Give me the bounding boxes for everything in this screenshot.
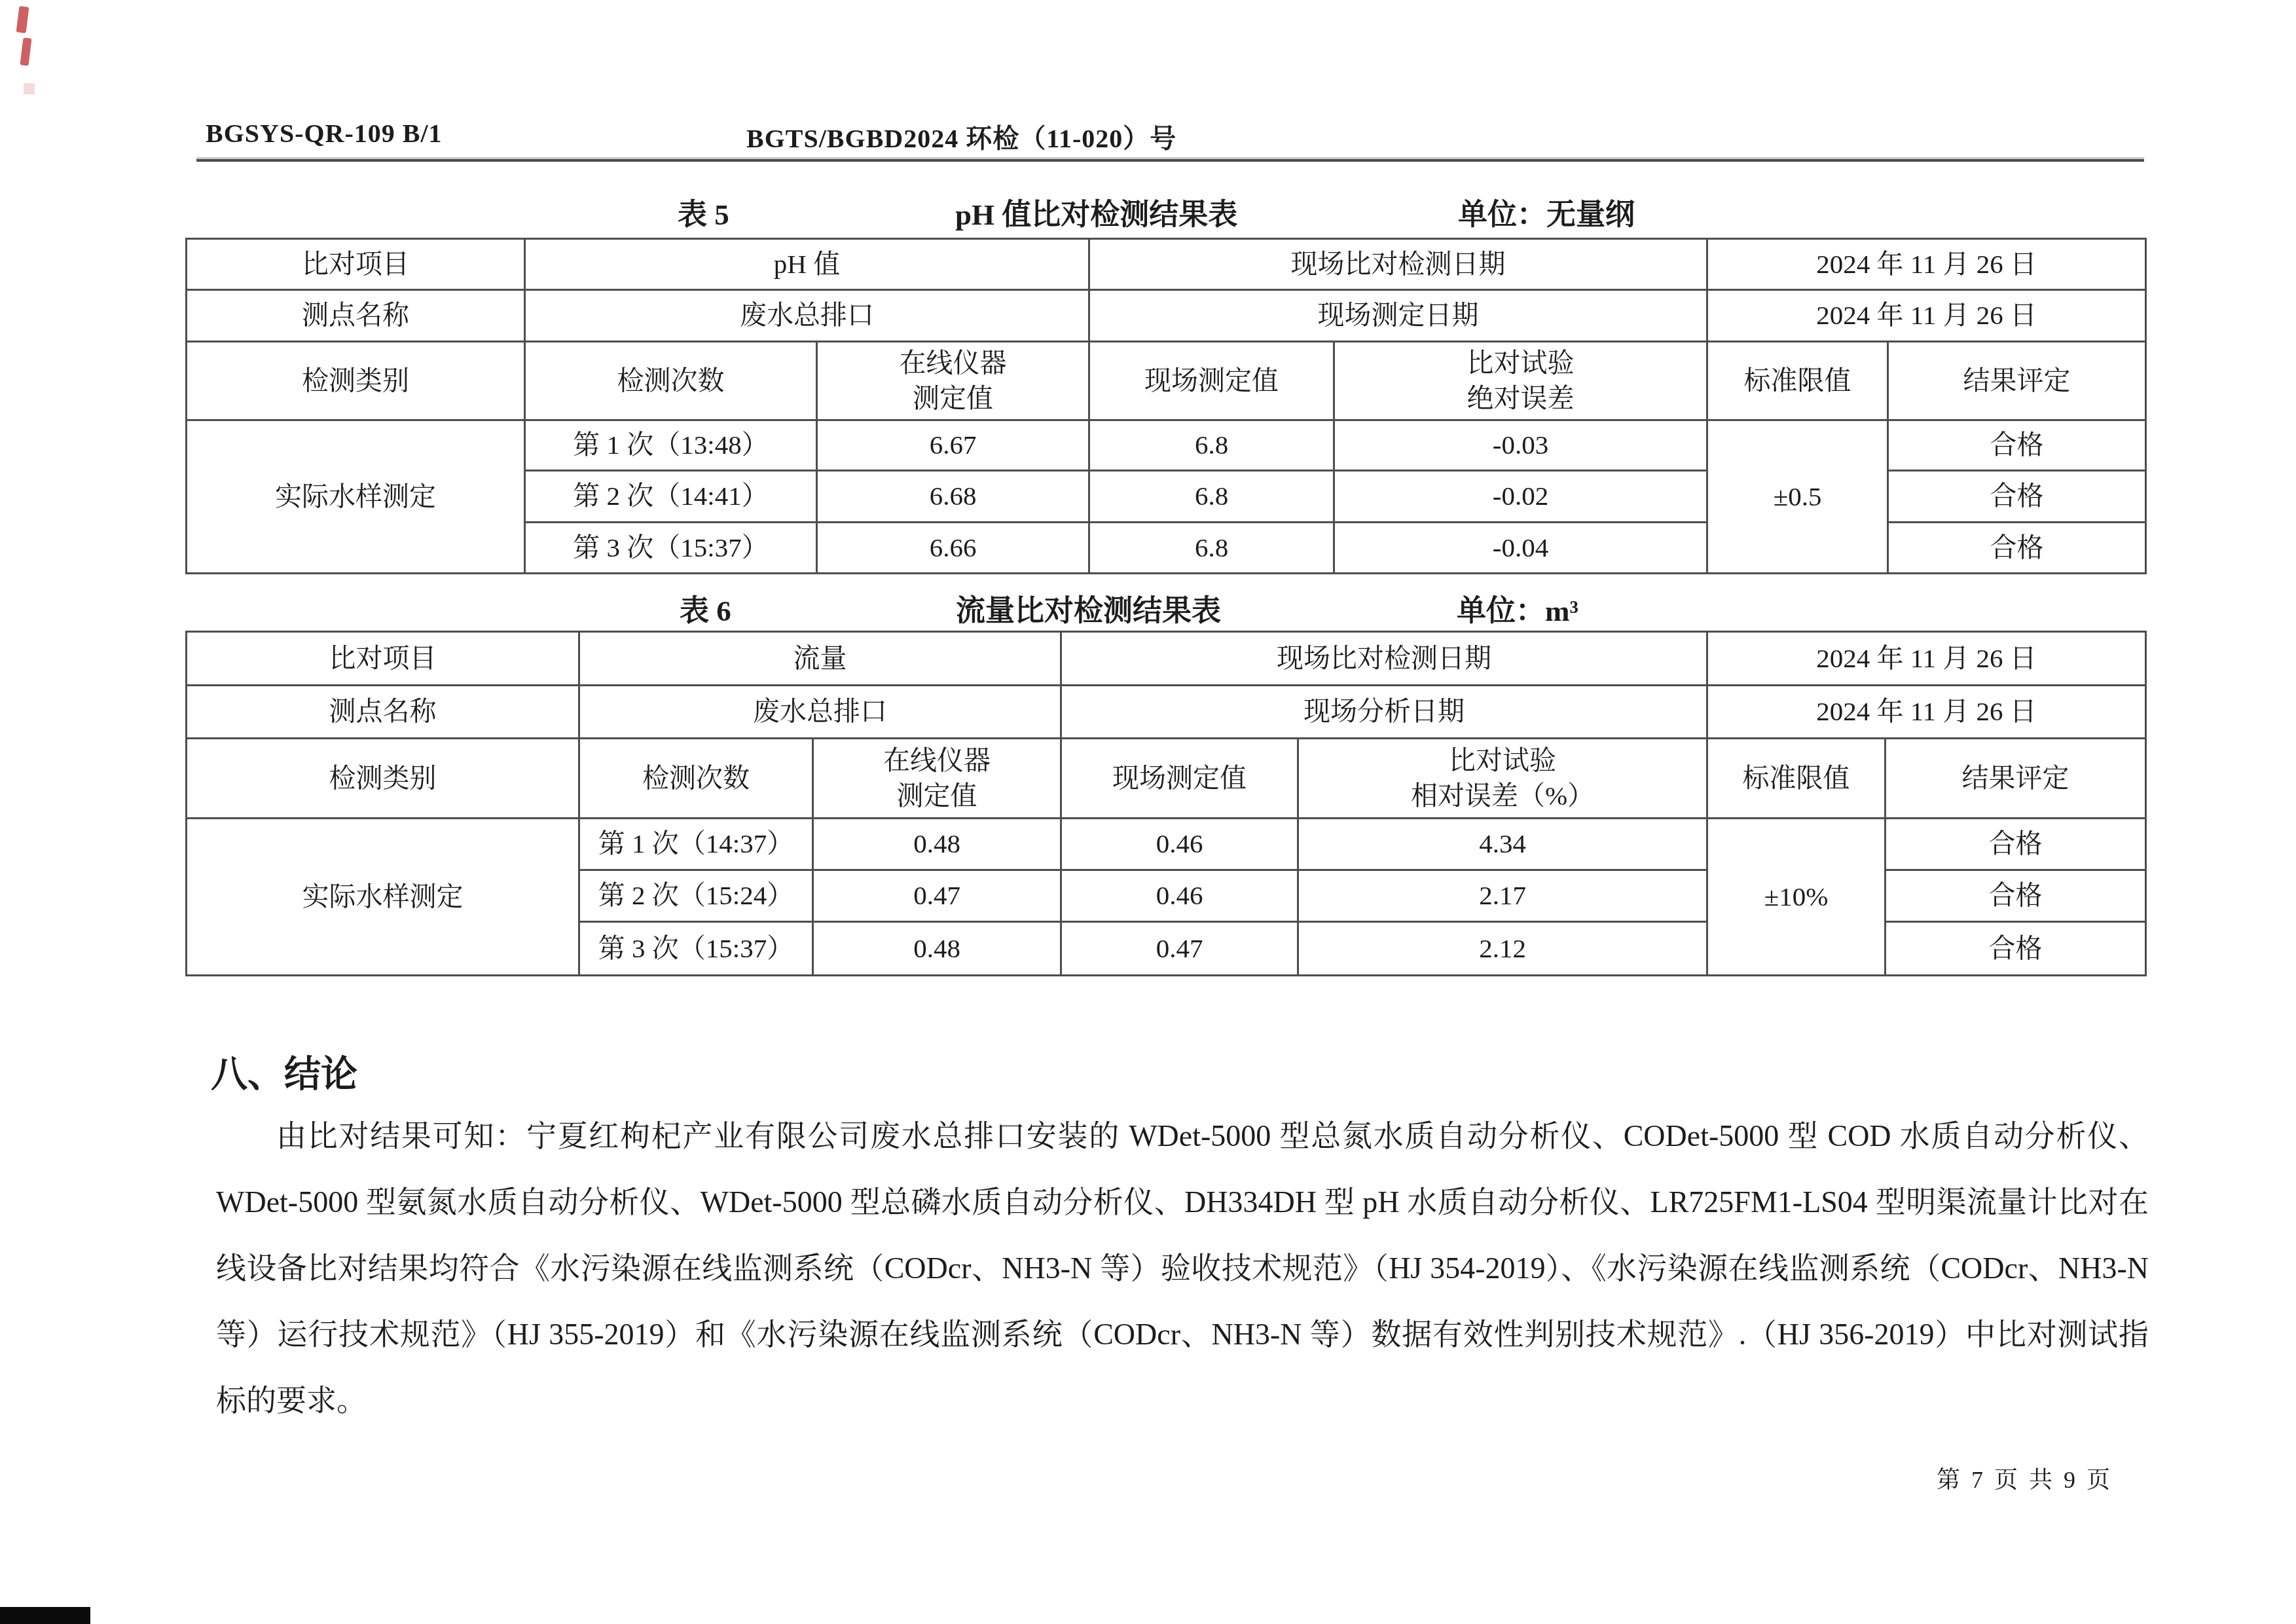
document-code: BGSYS-QR-109 B/1 <box>206 118 443 149</box>
page-number: 第 7 页 共 9 页 <box>1937 1462 2113 1495</box>
t6-date1-value: 2024 年 11 月 26 日 <box>1707 632 2146 686</box>
t6-header-site: 现场测定值 <box>1061 739 1298 819</box>
t6-header-online-line1: 在线仪器 <box>814 743 1060 778</box>
t6-r1-online: 0.48 <box>813 819 1061 870</box>
t6-header-error: 比对试验 相对误差（%） <box>1298 739 1707 819</box>
t5-r3-times: 第 3 次（15:37） <box>525 523 817 574</box>
t6-item-value: 流量 <box>579 632 1061 686</box>
t6-header-times: 检测次数 <box>579 739 813 819</box>
t6-date1-label: 现场比对检测日期 <box>1061 632 1707 686</box>
t6-limit: ±10% <box>1707 819 1886 976</box>
t5-limit: ±0.5 <box>1707 420 1888 574</box>
t6-header-error-line1: 比对试验 <box>1299 743 1706 778</box>
table-row: 测点名称 废水总排口 现场分析日期 2024 年 11 月 26 日 <box>187 686 2146 739</box>
t5-r2-result: 合格 <box>1888 471 2146 523</box>
table-row: 实际水样测定 第 1 次（14:37） 0.48 0.46 4.34 ±10% … <box>187 819 2146 870</box>
t6-r3-times: 第 3 次（15:37） <box>579 922 813 976</box>
t6-point-label: 测点名称 <box>187 686 579 739</box>
t6-date2-value: 2024 年 11 月 26 日 <box>1707 686 2146 739</box>
t5-header-online-line1: 在线仪器 <box>818 346 1088 380</box>
t5-header-online: 在线仪器 测定值 <box>817 342 1089 420</box>
t5-point-label: 测点名称 <box>187 290 525 342</box>
t6-item-label: 比对项目 <box>187 632 579 686</box>
table5-caption-title: pH 值比对检测结果表 <box>955 191 1237 233</box>
t5-header-site: 现场测定值 <box>1089 342 1334 420</box>
t5-item-value: pH 值 <box>525 239 1089 290</box>
t6-r1-site: 0.46 <box>1061 819 1298 870</box>
t6-r2-online: 0.47 <box>813 870 1061 922</box>
t5-header-error-line1: 比对试验 <box>1335 346 1706 380</box>
t6-r2-times: 第 2 次（15:24） <box>579 870 813 922</box>
table6-caption-number: 表 6 <box>680 587 731 629</box>
table-row: 测点名称 废水总排口 现场测定日期 2024 年 11 月 26 日 <box>187 290 2146 342</box>
t5-r3-online: 6.66 <box>817 523 1089 574</box>
t5-r2-online: 6.68 <box>817 471 1089 523</box>
t5-date2-label: 现场测定日期 <box>1089 290 1707 342</box>
t6-r1-times: 第 1 次（14:37） <box>579 819 813 870</box>
t5-r1-online: 6.67 <box>817 420 1089 471</box>
t5-header-times: 检测次数 <box>525 342 817 420</box>
t6-date2-label: 现场分析日期 <box>1061 686 1707 739</box>
t5-r2-site: 6.8 <box>1089 471 1334 523</box>
table6-caption-title: 流量比对检测结果表 <box>956 587 1221 629</box>
scan-edge-artifact <box>0 1607 90 1624</box>
t6-header-category: 检测类别 <box>187 739 579 819</box>
table-header-row: 检测类别 检测次数 在线仪器 测定值 现场测定值 比对试验 相对误差（%） 标准… <box>187 739 2146 819</box>
t5-header-category: 检测类别 <box>187 342 525 420</box>
t5-category: 实际水样测定 <box>187 420 525 574</box>
t5-r2-error: -0.02 <box>1334 471 1707 523</box>
t6-point-value: 废水总排口 <box>579 686 1061 739</box>
t5-r3-error: -0.04 <box>1334 523 1707 574</box>
t6-r3-online: 0.48 <box>813 922 1061 976</box>
report-number: BGTS/BGBD2024 环检（11-020）号 <box>746 118 1176 155</box>
t6-r3-site: 0.47 <box>1061 922 1298 976</box>
t5-r1-result: 合格 <box>1888 420 2146 471</box>
table5-caption-unit: 单位：无量纲 <box>1458 191 1635 233</box>
t6-header-result: 结果评定 <box>1886 739 2146 819</box>
t5-date1-value: 2024 年 11 月 26 日 <box>1707 239 2146 290</box>
t6-header-limit: 标准限值 <box>1707 739 1886 819</box>
t5-r2-times: 第 2 次（14:41） <box>525 471 817 523</box>
t6-header-online-line2: 测定值 <box>814 779 1060 813</box>
table5-caption-number: 表 5 <box>678 191 729 233</box>
t6-r3-result: 合格 <box>1886 922 2146 976</box>
t5-r1-site: 6.8 <box>1089 420 1334 471</box>
t6-category: 实际水样测定 <box>187 819 579 976</box>
t5-header-online-line2: 测定值 <box>818 381 1088 416</box>
t6-r1-error: 4.34 <box>1298 819 1707 870</box>
t6-header-online: 在线仪器 测定值 <box>813 739 1061 819</box>
t5-r3-site: 6.8 <box>1089 523 1334 574</box>
t5-r1-error: -0.03 <box>1334 420 1707 471</box>
flow-comparison-table: 比对项目 流量 现场比对检测日期 2024 年 11 月 26 日 测点名称 废… <box>185 631 2147 976</box>
conclusion-heading: 八、结论 <box>211 1045 357 1098</box>
t5-header-error-line2: 绝对误差 <box>1335 381 1706 416</box>
table6-caption-unit: 单位：m³ <box>1457 587 1578 629</box>
t5-date1-label: 现场比对检测日期 <box>1089 239 1707 290</box>
t6-r2-error: 2.17 <box>1298 870 1707 922</box>
table-row: 实际水样测定 第 1 次（13:48） 6.67 6.8 -0.03 ±0.5 … <box>187 420 2146 471</box>
t5-header-limit: 标准限值 <box>1707 342 1888 420</box>
t5-item-label: 比对项目 <box>187 239 525 290</box>
table-header-row: 检测类别 检测次数 在线仪器 测定值 现场测定值 比对试验 绝对误差 标准限值 … <box>187 342 2146 420</box>
t5-r1-times: 第 1 次（13:48） <box>525 420 817 471</box>
t6-header-error-line2: 相对误差（%） <box>1299 779 1706 813</box>
table-row: 比对项目 pH 值 现场比对检测日期 2024 年 11 月 26 日 <box>187 239 2146 290</box>
header-divider <box>196 159 2144 162</box>
t5-point-value: 废水总排口 <box>525 290 1089 342</box>
t6-r3-error: 2.12 <box>1298 922 1707 976</box>
table-row: 比对项目 流量 现场比对检测日期 2024 年 11 月 26 日 <box>187 632 2146 686</box>
document-page: BGSYS-QR-109 B/1 BGTS/BGBD2024 环检（11-020… <box>0 0 2296 1624</box>
t5-date2-value: 2024 年 11 月 26 日 <box>1707 290 2146 342</box>
conclusion-paragraph: 由比对结果可知：宁夏红枸杞产业有限公司废水总排口安装的 WDet-5000 型总… <box>216 1103 2149 1433</box>
ph-comparison-table: 比对项目 pH 值 现场比对检测日期 2024 年 11 月 26 日 测点名称… <box>185 238 2147 574</box>
scan-smudge <box>24 83 35 94</box>
red-pen-mark <box>20 37 31 65</box>
t5-header-result: 结果评定 <box>1888 342 2146 420</box>
t6-r2-result: 合格 <box>1886 870 2146 922</box>
t5-header-error: 比对试验 绝对误差 <box>1334 342 1707 420</box>
t6-r1-result: 合格 <box>1886 819 2146 870</box>
t6-r2-site: 0.46 <box>1061 870 1298 922</box>
t5-r3-result: 合格 <box>1888 523 2146 574</box>
red-pen-mark <box>16 6 29 33</box>
